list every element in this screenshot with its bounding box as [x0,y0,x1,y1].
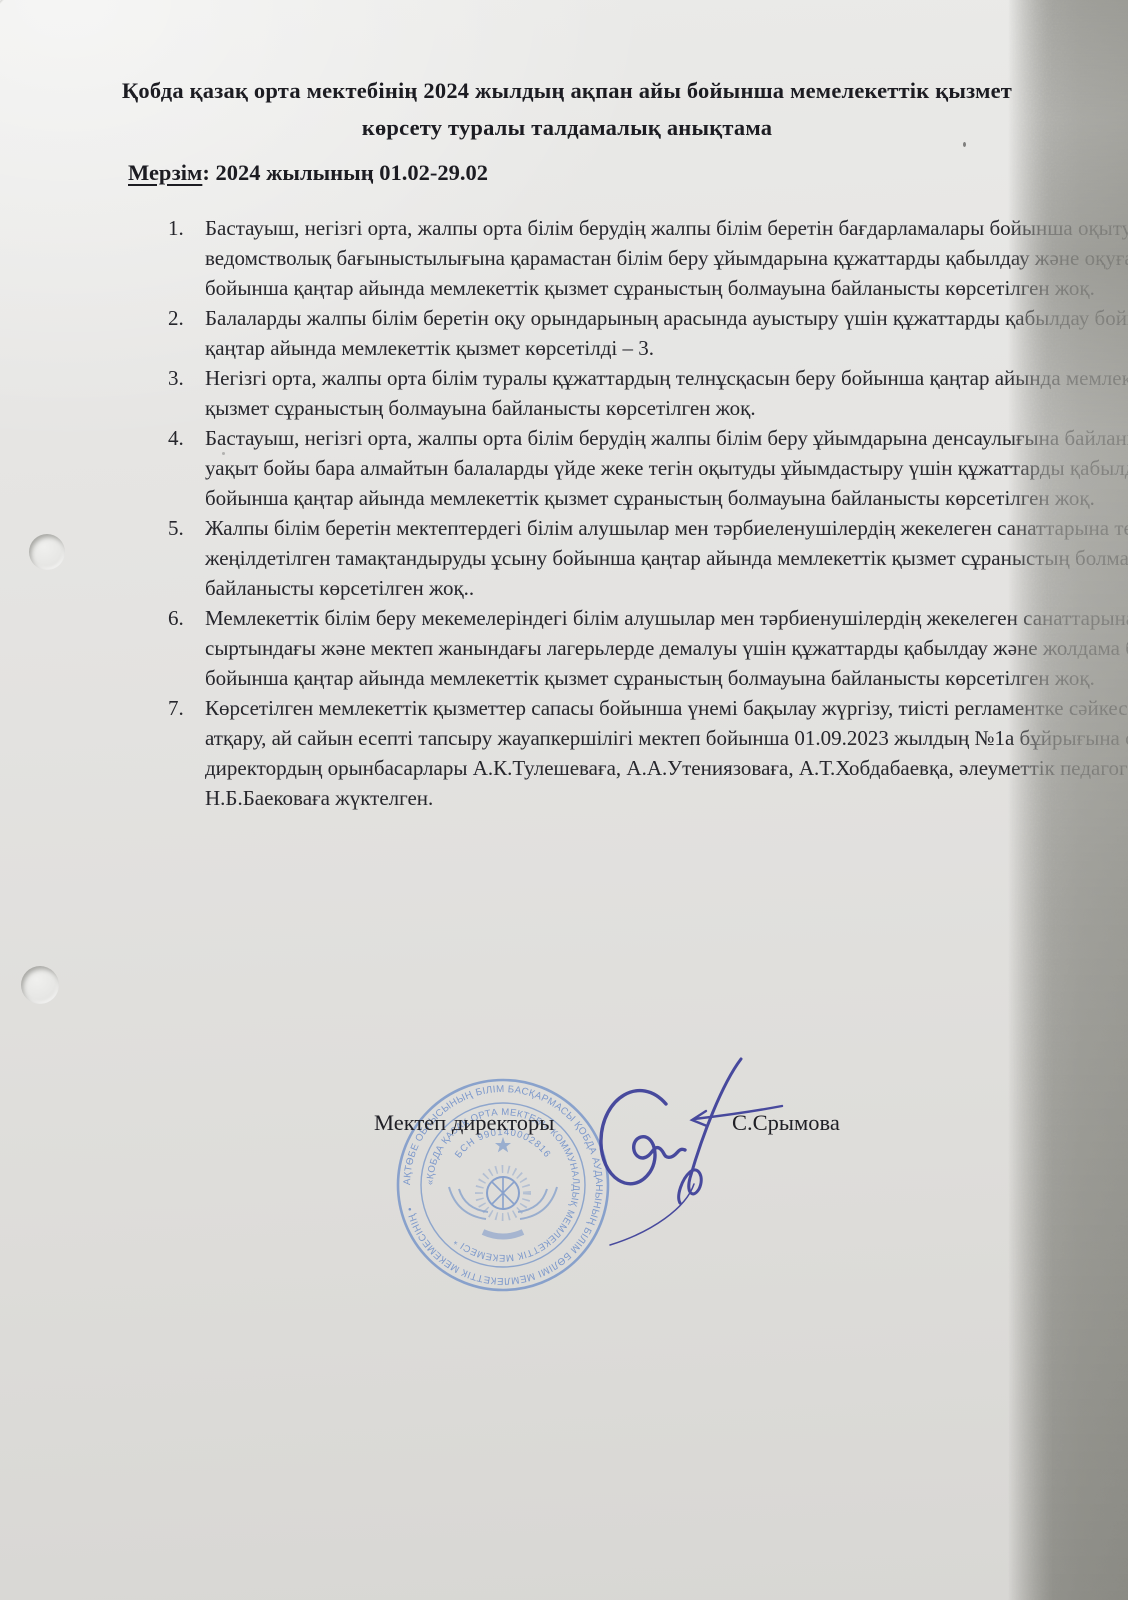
signature-strokes [601,1059,782,1245]
scan-speck [222,452,225,455]
list-item: Көрсетілген мемлекеттік қызметтер сапасы… [205,693,1128,813]
list-item: Бастауыш, негізгі орта, жалпы орта білім… [205,213,1128,303]
list-item: Негізгі орта, жалпы орта білім туралы құ… [205,363,1128,423]
scan-speck [963,142,966,147]
director-role-label: Мектеп директоры [374,1110,554,1136]
period-line: Мерзім: 2024 жылының 01.02-29.02 [128,160,488,186]
document-title: Қобда қазақ орта мектебінің 2024 жылдың … [110,72,1024,146]
page-corner-fold [0,0,40,38]
period-value: : 2024 жылының 01.02-29.02 [202,160,488,185]
list-item: Мемлекеттік білім беру мекемелеріндегі б… [205,603,1128,693]
period-label: Мерзім [128,160,202,185]
official-stamp: АҚТӨБЕ ОБЛЫСЫНЫҢ БІЛІМ БАСҚАРМАСЫ ҚОБДА … [393,1075,613,1295]
director-signature-ink [582,1046,787,1296]
list-item: Балаларды жалпы білім беретін оқу орында… [205,303,1128,363]
list-item: Жалпы білім беретін мектептердегі білім … [205,513,1128,603]
hole-punch-bottom [21,966,59,1004]
list-item: Бастауыш, негізгі орта, жалпы орта білім… [205,423,1128,513]
service-list: Бастауыш, негізгі орта, жалпы орта білім… [0,213,1128,813]
scanned-document-page: Қобда қазақ орта мектебінің 2024 жылдың … [0,0,1128,1600]
hole-punch-top [29,534,65,570]
